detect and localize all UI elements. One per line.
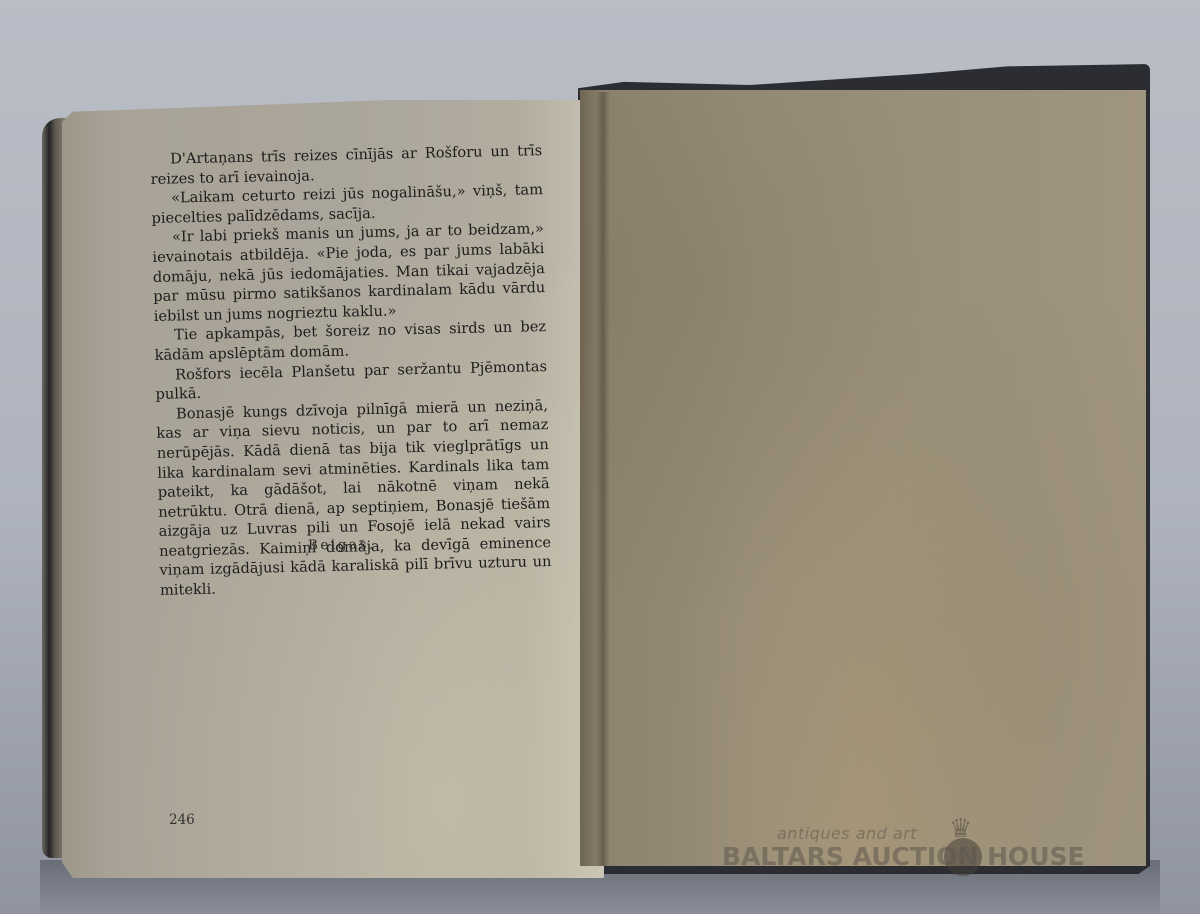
paragraph: «Ir labi priekš manis un jums, ja ar to … bbox=[152, 219, 546, 326]
right-page-endpaper bbox=[580, 90, 1146, 866]
page-number: 246 bbox=[169, 812, 195, 828]
open-book: D'Artaņans trīs reizes cīnījās ar Rošfor… bbox=[0, 0, 1200, 914]
watermark-brand: BALTARS AUCTION HOUSE bbox=[722, 842, 1085, 871]
left-page-text: D'Artaņans trīs reizes cīnījās ar Rošfor… bbox=[150, 141, 552, 600]
watermark-tagline: antiques and art bbox=[777, 824, 917, 843]
ending-text: Beigas. bbox=[308, 537, 376, 554]
paragraph: Bonasjē kungs dzīvoja pilnīgā mierā un n… bbox=[156, 396, 552, 601]
book-gutter bbox=[596, 92, 610, 866]
crown-icon: ♛ bbox=[949, 814, 972, 844]
watermark: ♛ antiques and art BALTARS AUCTION HOUSE bbox=[722, 820, 1122, 880]
